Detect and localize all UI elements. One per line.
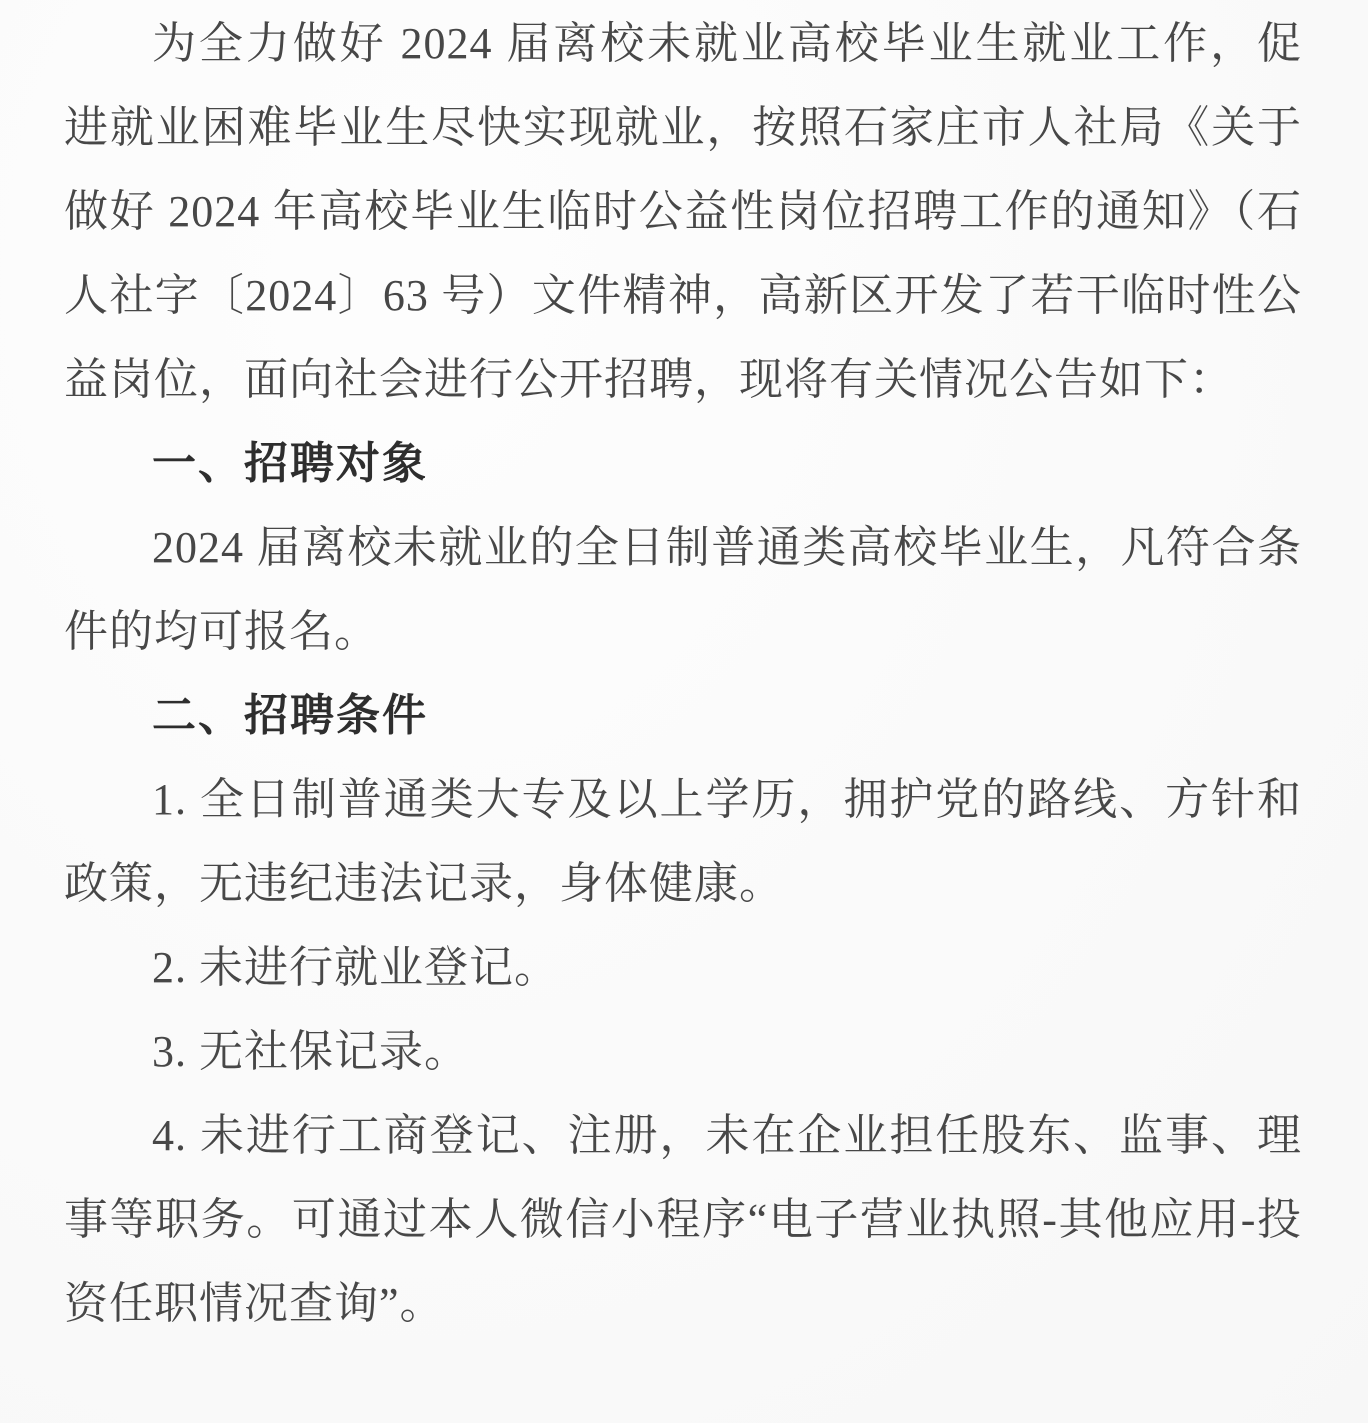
document-body: 为全力做好 2024 届离校未就业高校毕业生就业工作，促进就业困难毕业生尽快实现…	[64, 2, 1302, 1346]
body-paragraph: 4. 未进行工商登记、注册，未在企业担任股东、监事、理事等职务。可通过本人微信小…	[64, 1094, 1302, 1346]
body-paragraph: 2. 未进行就业登记。	[64, 926, 1302, 1010]
scanned-document-page: 为全力做好 2024 届离校未就业高校毕业生就业工作，促进就业困难毕业生尽快实现…	[0, 0, 1368, 1423]
body-paragraph: 3. 无社保记录。	[64, 1010, 1302, 1094]
section-heading: 二、招聘条件	[64, 674, 1302, 758]
section-heading: 一、招聘对象	[64, 422, 1302, 506]
body-paragraph: 为全力做好 2024 届离校未就业高校毕业生就业工作，促进就业困难毕业生尽快实现…	[64, 2, 1302, 422]
body-paragraph: 1. 全日制普通类大专及以上学历，拥护党的路线、方针和政策，无违纪违法记录，身体…	[64, 758, 1302, 926]
body-paragraph: 2024 届离校未就业的全日制普通类高校毕业生，凡符合条件的均可报名。	[64, 506, 1302, 674]
